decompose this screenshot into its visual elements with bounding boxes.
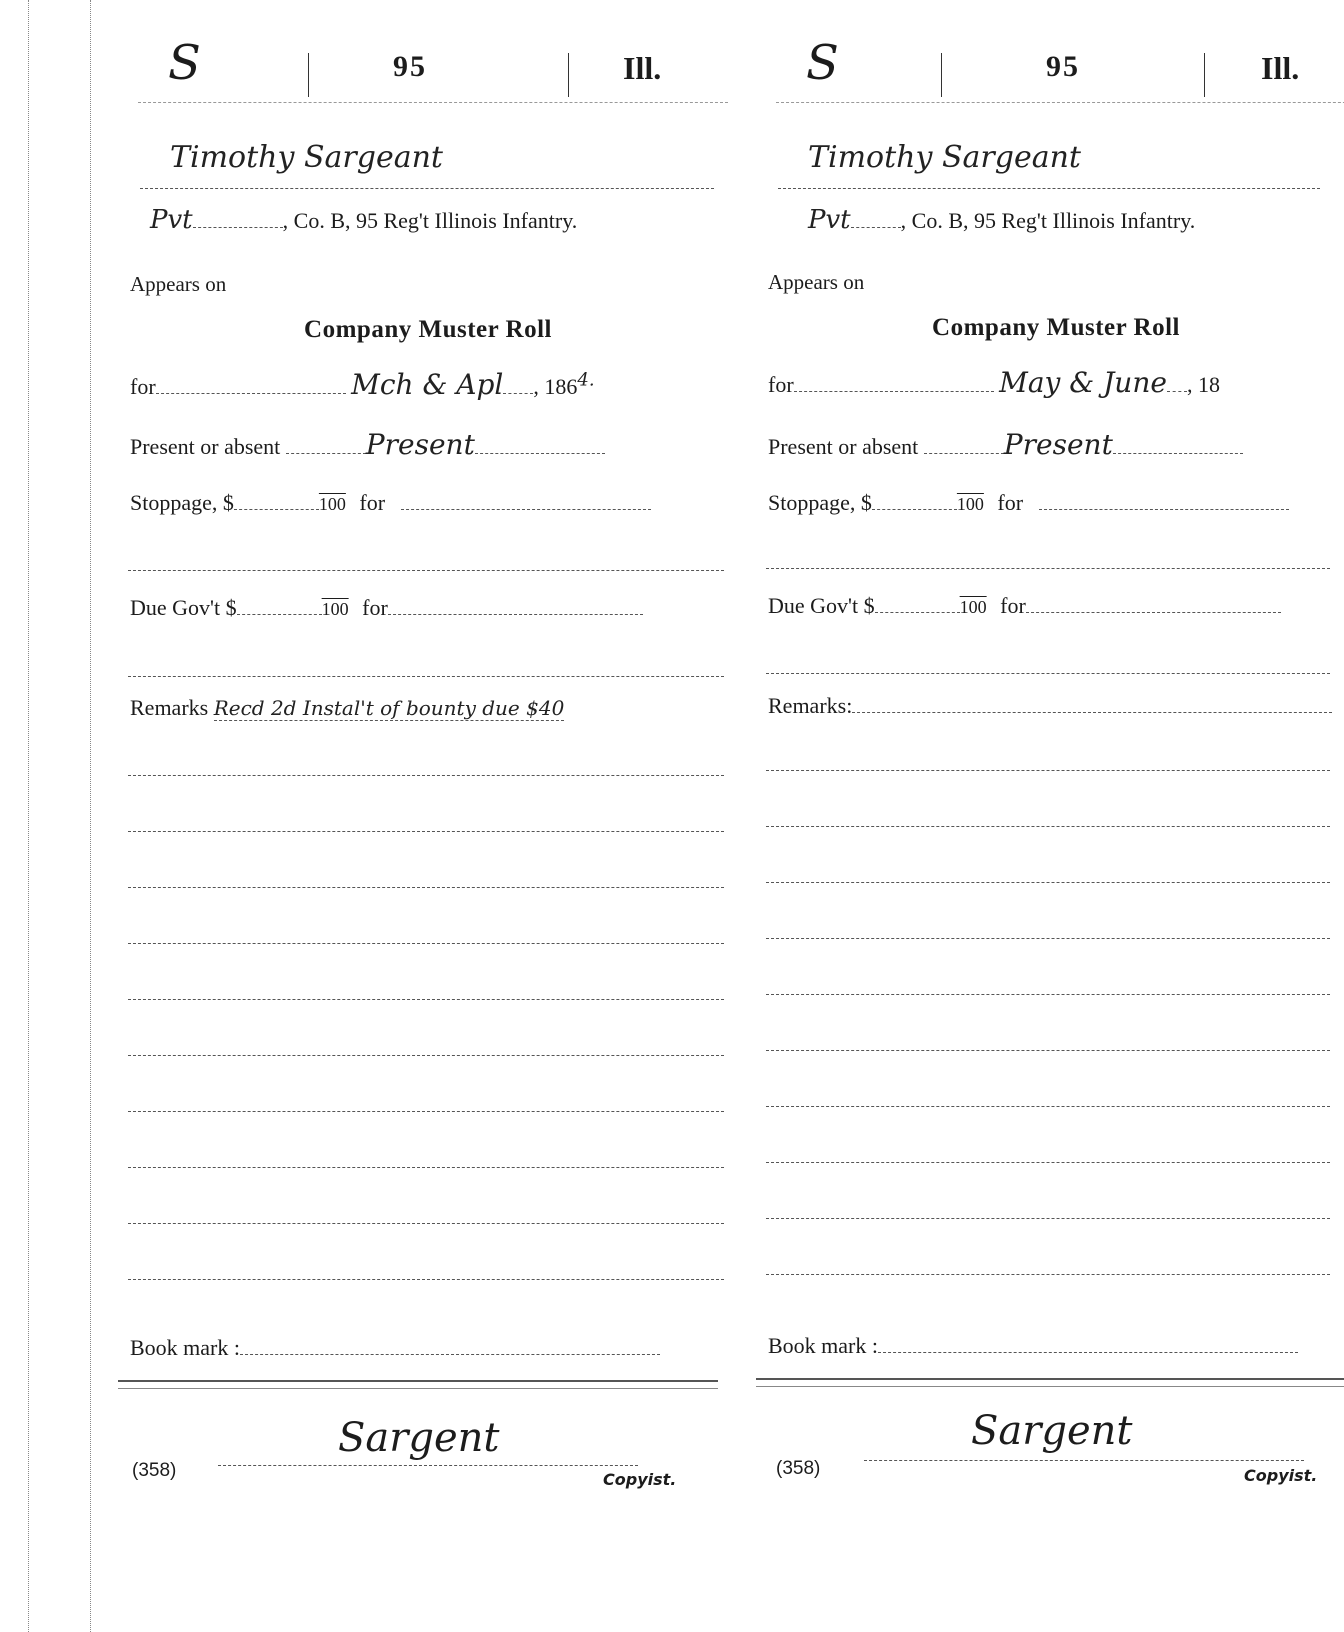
header-divider bbox=[941, 53, 942, 97]
remarks-blank-line bbox=[128, 887, 724, 888]
period-line-end bbox=[503, 392, 533, 394]
rank-row: Pvt, Co. B, 95 Reg't Illinois Infantry. bbox=[130, 205, 728, 235]
presence-line bbox=[924, 452, 1004, 454]
appears-on-label: Appears on bbox=[130, 272, 728, 297]
remarks-blank-line bbox=[766, 1218, 1330, 1219]
soldier-name: Timothy Sargeant bbox=[170, 140, 443, 175]
stoppage-for-line bbox=[1039, 508, 1289, 510]
due-gov-for-label: for bbox=[362, 595, 388, 620]
stoppage-for-label: for bbox=[997, 490, 1023, 515]
rank-value: Pvt bbox=[150, 205, 193, 235]
due-gov-extra-line bbox=[766, 673, 1330, 674]
period-line bbox=[794, 390, 994, 392]
presence-line-end bbox=[1113, 452, 1243, 454]
state-abbrev: Ill. bbox=[1261, 50, 1299, 87]
copyist-label: Copyist. bbox=[603, 1470, 676, 1489]
appears-on-label: Appears on bbox=[768, 270, 1334, 295]
period-line bbox=[156, 392, 346, 394]
card-header: S 95 Ill. bbox=[776, 45, 1344, 105]
stoppage-label: Stoppage, $ bbox=[130, 490, 234, 515]
remarks-blank-line bbox=[128, 1223, 724, 1224]
due-gov-row: Due Gov't $100 for bbox=[768, 593, 1334, 619]
header-divider bbox=[308, 53, 309, 97]
soldier-name: Timothy Sargeant bbox=[808, 140, 1081, 175]
remarks-blank-line bbox=[766, 826, 1330, 827]
year-prefix: , 18 bbox=[1187, 372, 1220, 397]
stoppage-cents: 100 bbox=[957, 494, 984, 514]
presence-line-end bbox=[475, 452, 605, 454]
year-prefix: , 186 bbox=[533, 374, 577, 399]
due-gov-for-line bbox=[388, 613, 643, 615]
due-gov-for-line bbox=[1026, 611, 1281, 613]
copyist-line bbox=[864, 1460, 1304, 1461]
form-number: (358) bbox=[132, 1460, 176, 1482]
for-label: for bbox=[130, 374, 156, 399]
presence-value: Present bbox=[366, 428, 475, 461]
footer-double-rule bbox=[756, 1378, 1344, 1387]
period-line-end bbox=[1167, 390, 1187, 392]
header-divider bbox=[568, 53, 569, 97]
stoppage-row: Stoppage, $100 for bbox=[130, 490, 728, 516]
due-gov-label: Due Gov't $ bbox=[130, 595, 237, 620]
stoppage-extra-line bbox=[128, 570, 724, 571]
rank-row: Pvt, Co. B, 95 Reg't Illinois Infantry. bbox=[768, 205, 1334, 235]
file-letter: S bbox=[168, 35, 201, 91]
remarks-row: Remarks: bbox=[768, 693, 1334, 719]
year-suffix: 4. bbox=[577, 370, 594, 391]
stoppage-amount-line bbox=[234, 508, 319, 510]
due-gov-cents: 100 bbox=[322, 599, 349, 619]
book-mark-label: Book mark : bbox=[768, 1333, 878, 1358]
stoppage-amount-line bbox=[872, 508, 957, 510]
presence-row: Present or absent Present bbox=[130, 428, 728, 461]
remarks-value: Recd 2d Instal't of bounty due $40 bbox=[214, 696, 565, 721]
remarks-blank-line bbox=[766, 1162, 1330, 1163]
presence-label: Present or absent bbox=[768, 434, 918, 459]
rank-line bbox=[193, 226, 283, 228]
copyist-signature: Sargent bbox=[338, 1415, 499, 1461]
remarks-blank-line bbox=[766, 1274, 1330, 1275]
header-divider bbox=[1204, 53, 1205, 97]
remarks-blank-line bbox=[766, 882, 1330, 883]
period-value: Mch & Apl bbox=[351, 368, 503, 401]
copyist-signature: Sargent bbox=[971, 1408, 1132, 1454]
state-abbrev: Ill. bbox=[623, 50, 661, 87]
unit-text: , Co. B, 95 Reg't Illinois Infantry. bbox=[901, 208, 1196, 233]
scan-edge-left bbox=[28, 0, 29, 1632]
rank-value: Pvt bbox=[808, 205, 851, 235]
scan-edge-inner bbox=[90, 0, 91, 1632]
regiment-number: 95 bbox=[393, 50, 427, 84]
due-gov-label: Due Gov't $ bbox=[768, 593, 875, 618]
card-header: S 95 Ill. bbox=[138, 45, 728, 105]
due-gov-for-label: for bbox=[1000, 593, 1026, 618]
presence-row: Present or absent Present bbox=[768, 428, 1334, 461]
stoppage-for-line bbox=[401, 508, 651, 510]
remarks-row: Remarks Recd 2d Instal't of bounty due $… bbox=[130, 695, 728, 721]
footer-double-rule bbox=[118, 1380, 718, 1389]
book-mark-row: Book mark : bbox=[768, 1333, 1334, 1359]
regiment-number: 95 bbox=[1046, 50, 1080, 84]
muster-card-left: S 95 Ill. Timothy Sargeant Pvt, Co. B, 9… bbox=[118, 0, 738, 1632]
header-rule bbox=[776, 102, 1344, 103]
remarks-blank-line bbox=[128, 831, 724, 832]
file-letter: S bbox=[806, 35, 839, 91]
remarks-blank-line bbox=[128, 1167, 724, 1168]
remarks-blank-line bbox=[128, 943, 724, 944]
period-row: for May & June, 18 bbox=[768, 366, 1334, 399]
remarks-blank-line bbox=[128, 999, 724, 1000]
book-mark-label: Book mark : bbox=[130, 1335, 240, 1360]
remarks-blank-line bbox=[766, 1050, 1330, 1051]
stoppage-label: Stoppage, $ bbox=[768, 490, 872, 515]
due-gov-amount-line bbox=[237, 613, 322, 615]
remarks-blank-line bbox=[128, 1055, 724, 1056]
name-row: Timothy Sargeant bbox=[768, 140, 1334, 175]
stoppage-row: Stoppage, $100 for bbox=[768, 490, 1334, 516]
remarks-label: Remarks bbox=[130, 695, 208, 720]
rank-line bbox=[851, 226, 901, 228]
period-value: May & June bbox=[999, 366, 1167, 399]
roll-title: Company Muster Roll bbox=[756, 314, 1344, 342]
book-mark-line bbox=[878, 1351, 1298, 1353]
book-mark-line bbox=[240, 1353, 660, 1355]
form-number: (358) bbox=[776, 1458, 820, 1480]
book-mark-row: Book mark : bbox=[130, 1335, 728, 1361]
remarks-blank-line bbox=[128, 775, 724, 776]
remarks-blank-line bbox=[128, 1111, 724, 1112]
remarks-blank-line bbox=[766, 938, 1330, 939]
due-gov-row: Due Gov't $100 for bbox=[130, 595, 728, 621]
presence-value: Present bbox=[1004, 428, 1113, 461]
header-rule bbox=[138, 102, 728, 103]
presence-label: Present or absent bbox=[130, 434, 280, 459]
copyist-line bbox=[218, 1465, 638, 1466]
stoppage-extra-line bbox=[766, 568, 1330, 569]
name-row: Timothy Sargeant bbox=[130, 140, 728, 175]
stoppage-for-label: for bbox=[359, 490, 385, 515]
stoppage-cents: 100 bbox=[319, 494, 346, 514]
name-line bbox=[140, 188, 714, 189]
copyist-label: Copyist. bbox=[1244, 1466, 1317, 1485]
name-line bbox=[778, 188, 1320, 189]
period-row: for Mch & Apl, 1864. bbox=[130, 368, 728, 401]
roll-title: Company Muster Roll bbox=[118, 316, 738, 344]
muster-card-right: S 95 Ill. Timothy Sargeant Pvt, Co. B, 9… bbox=[756, 0, 1344, 1632]
remarks-label: Remarks: bbox=[768, 693, 852, 718]
remarks-blank-line bbox=[766, 994, 1330, 995]
presence-line bbox=[286, 452, 366, 454]
remarks-line bbox=[852, 711, 1332, 713]
unit-text: , Co. B, 95 Reg't Illinois Infantry. bbox=[283, 208, 578, 233]
remarks-blank-line bbox=[766, 1106, 1330, 1107]
due-gov-cents: 100 bbox=[960, 597, 987, 617]
due-gov-amount-line bbox=[875, 611, 960, 613]
remarks-blank-line bbox=[766, 770, 1330, 771]
remarks-blank-line bbox=[128, 1279, 724, 1280]
for-label: for bbox=[768, 372, 794, 397]
due-gov-extra-line bbox=[128, 676, 724, 677]
